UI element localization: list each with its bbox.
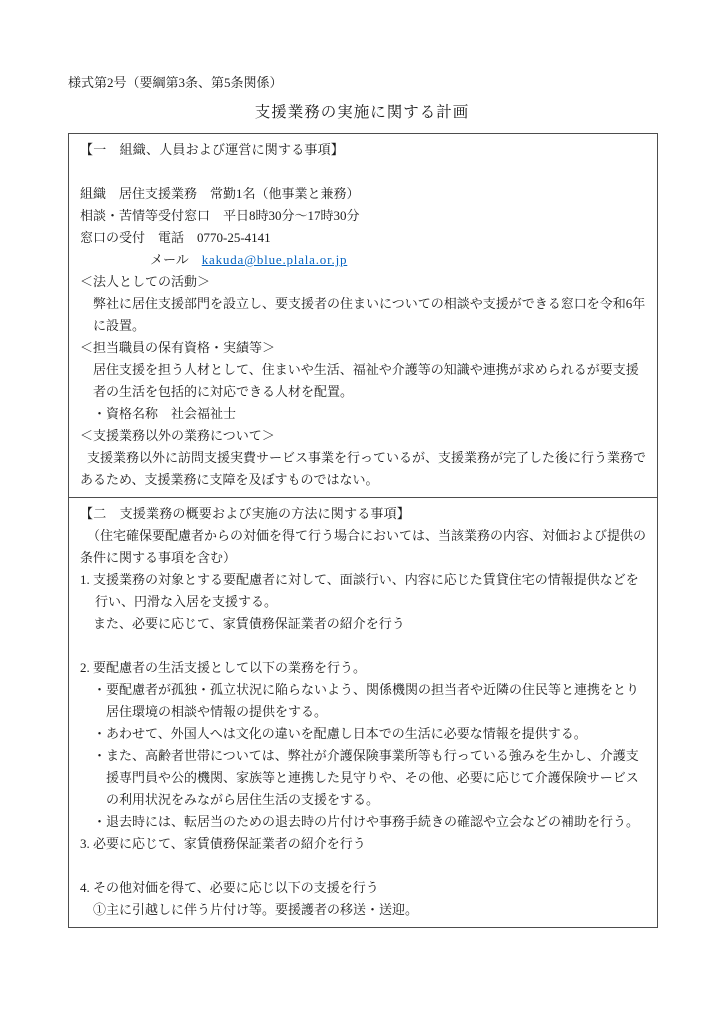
blank-line	[80, 635, 648, 657]
text-line: ・あわせて、外国人へは文化の違いを配慮し日本での生活に必要な情報を提供する。	[93, 723, 648, 745]
text-line: 4. その他対価を得て、必要に応じ以下の支援を行う	[80, 877, 648, 899]
text-line: 相談・苦情等受付窓口 平日8時30分～17時30分	[80, 205, 648, 227]
section-support-services: 【二 支援業務の概要および実施の方法に関する事項】（住宅確保要配慮者からの対価を…	[69, 497, 657, 927]
section-organization: 【一 組織、人員および運営に関する事項】 組織 居住支援業務 常勤1名（他事業と…	[69, 134, 657, 497]
section-heading: 【二 支援業務の概要および実施の方法に関する事項】	[80, 503, 648, 525]
document-title: 支援業務の実施に関する計画	[0, 101, 724, 125]
text-line: ＜法人としての活動＞	[80, 271, 648, 293]
text-line: メール kakuda@blue.plala.or.jp	[80, 249, 648, 271]
plan-table: 【一 組織、人員および運営に関する事項】 組織 居住支援業務 常勤1名（他事業と…	[68, 133, 658, 928]
form-number: 様式第2号（要綱第3条、第5条関係）	[68, 72, 283, 94]
blank-line	[80, 161, 648, 183]
document-page: 様式第2号（要綱第3条、第5条関係） 支援業務の実施に関する計画 【一 組織、人…	[0, 0, 724, 1024]
text-line: 居住支援を担う人材として、住まいや生活、福祉や介護等の知識や連携が求められるが要…	[93, 359, 648, 403]
text-line: 2. 要配慮者の生活支援として以下の業務を行う。	[80, 657, 648, 679]
text-line: 支援業務以外に訪問支援実費サービス事業を行っているが、支援業務が完了した後に行う…	[80, 447, 648, 491]
text-line: また、必要に応じて、家賃債務保証業者の紹介を行う	[93, 613, 648, 635]
text-line: （住宅確保要配慮者からの対価を得て行う場合においては、当該業務の内容、対価および…	[80, 525, 648, 569]
email-label: メール	[150, 252, 202, 267]
text-line: ＜支援業務以外の業務について＞	[80, 425, 648, 447]
text-line: ＜担当職員の保有資格・実績等＞	[80, 337, 648, 359]
text-line: ・要配慮者が孤独・孤立状況に陥らないよう、関係機関の担当者や近隣の住民等と連携を…	[93, 679, 648, 723]
text-line: ①主に引越しに伴う片付け等。要援護者の移送・送迎。	[93, 899, 648, 921]
blank-line	[80, 855, 648, 877]
text-line: 1. 支援業務の対象とする要配慮者に対して、面談行い、内容に応じた賃貸住宅の情報…	[80, 569, 648, 613]
email-link[interactable]: kakuda@blue.plala.or.jp	[202, 252, 348, 267]
section-heading: 【一 組織、人員および運営に関する事項】	[80, 139, 648, 161]
text-line: 窓口の受付 電話 0770-25-4141	[80, 227, 648, 249]
text-line: ・退去時には、転居当のための退去時の片付けや事務手続きの確認や立会などの補助を行…	[93, 811, 648, 833]
text-line: 組織 居住支援業務 常勤1名（他事業と兼務）	[80, 183, 648, 205]
text-line: ・資格名称 社会福祉士	[93, 403, 648, 425]
text-line: 3. 必要に応じて、家賃債務保証業者の紹介を行う	[80, 833, 648, 855]
text-line: 弊社に居住支援部門を設立し、要支援者の住まいについての相談や支援ができる窓口を令…	[93, 293, 648, 337]
text-line: ・また、高齢者世帯については、弊社が介護保険事業所等も行っている強みを生かし、介…	[93, 745, 648, 811]
